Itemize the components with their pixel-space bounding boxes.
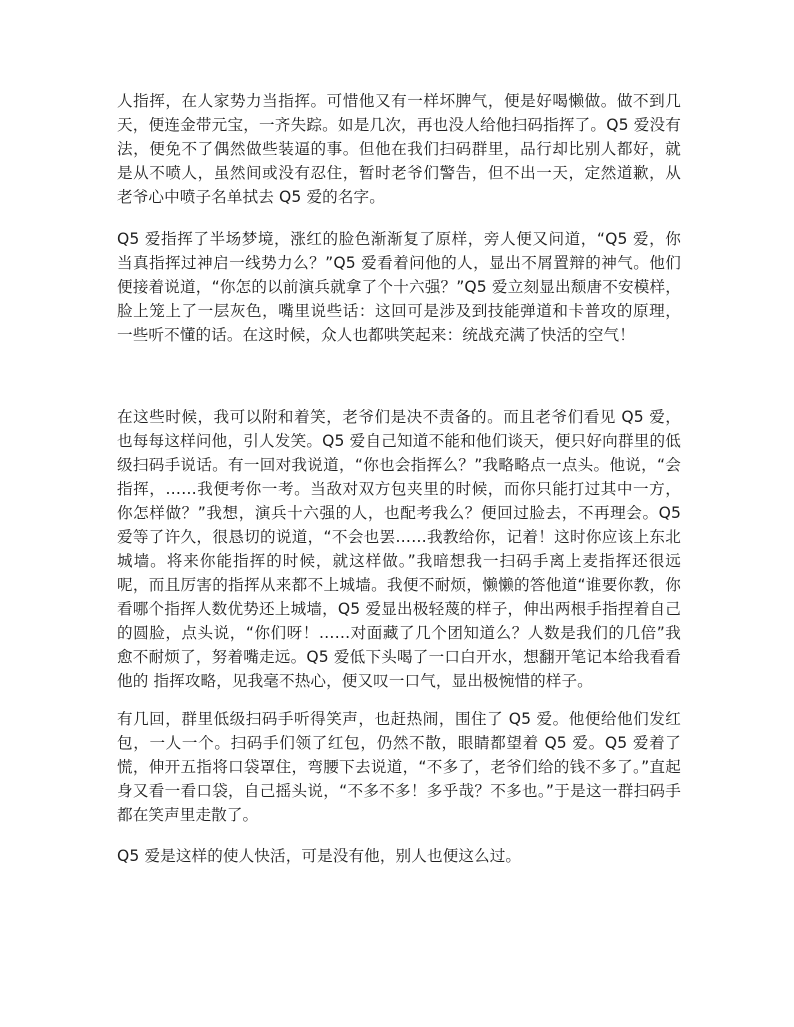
paragraph-2: Q5 爱指挥了半场梦境，涨红的脸色渐渐复了原样，旁人便又问道，“Q5 爱，你当真… bbox=[117, 227, 681, 347]
paragraph-1: 人指挥，在人家势力当指挥。可惜他又有一样坏脾气，便是好喝懒做。做不到几天，便连金… bbox=[117, 89, 681, 209]
paragraph-4: 有几回，群里低级扫码手听得笑声，也赶热闹，围住了 Q5 爱。他便给他们发红包，一… bbox=[117, 707, 681, 827]
paragraph-5: Q5 爱是这样的使人快活，可是没有他，别人也便这么过。 bbox=[117, 844, 521, 868]
paragraph-3: 在这些时候，我可以附和着笑，老爷们是决不责备的。而且老爷们看见 Q5 爱，也每每… bbox=[117, 405, 681, 693]
